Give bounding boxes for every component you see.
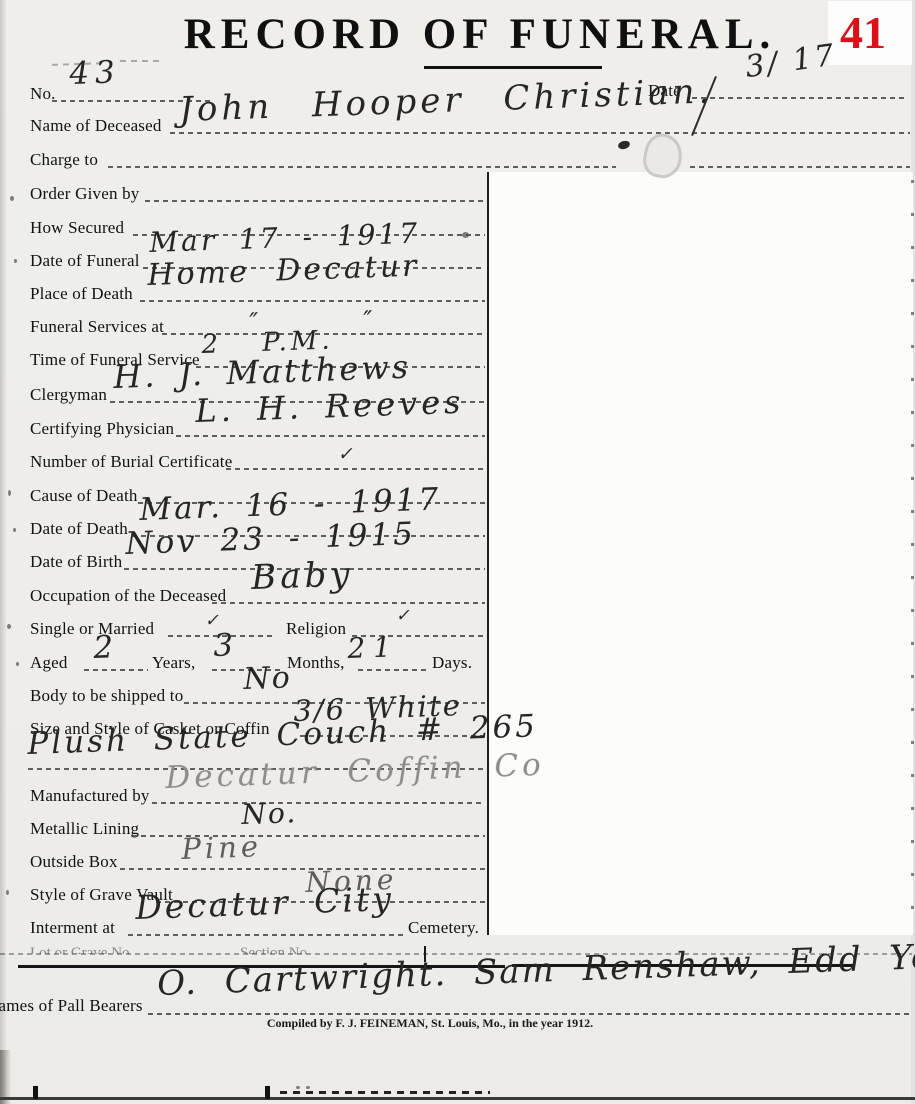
dotted-line	[692, 97, 908, 99]
dotted-line	[212, 602, 485, 604]
scan-speck	[296, 1086, 300, 1089]
dotted-line	[690, 166, 910, 168]
funeral-record-page: RECORD OF FUNERAL. 41 No. 43 Date 3/ 17 …	[0, 0, 915, 1104]
scan-speck	[462, 232, 469, 238]
field-label-body-to-be-shipped-to: Body to be shipped to	[30, 686, 183, 706]
title-underline	[424, 66, 602, 69]
stray-mark	[120, 60, 164, 62]
field-value-religion: ✓	[395, 606, 410, 626]
dotted-line	[120, 868, 485, 870]
scan-speck	[16, 662, 19, 666]
field-label-interment-at: Interment at	[30, 918, 115, 938]
page-title: RECORD OF FUNERAL.	[150, 10, 810, 59]
field-value-no: 43	[69, 54, 122, 92]
field-label-occupation: Occupation of the Deceased	[30, 586, 226, 606]
field-value-body-to-be-shipped-to: No	[243, 660, 293, 697]
scan-speck	[306, 1086, 310, 1089]
field-label-clergyman: Clergyman	[30, 385, 107, 405]
field-label-religion: Religion	[286, 619, 346, 639]
scan-speck	[13, 528, 16, 532]
field-label-name-of-deceased: Name of Deceased	[30, 116, 162, 136]
field-label-certifying-physician: Certifying Physician	[30, 419, 174, 439]
blank-mask-region	[487, 172, 913, 935]
field-value-pall-bearers: O. Cartwright. Sam Renshaw, Edd Young H.…	[157, 927, 915, 1004]
dotted-line	[145, 200, 485, 202]
scan-tick	[265, 1086, 270, 1099]
dotted-line	[152, 802, 485, 804]
field-value-number-of-burial-certificate: ✓	[337, 443, 353, 465]
field-label-number-of-burial-certificate: Number of Burial Certificate	[30, 452, 232, 472]
scan-speck	[8, 490, 11, 496]
field-label-funeral-services-at: Funeral Services at	[30, 317, 164, 337]
dotted-line	[176, 435, 485, 437]
dotted-line	[148, 1013, 912, 1015]
field-label-outside-box: Outside Box	[30, 852, 118, 872]
field-value-interment-at: Decatur City	[135, 879, 395, 927]
ditto-mark: ″	[363, 306, 373, 334]
field-label-cemetery: Cemetery.	[408, 918, 479, 938]
field-value-metallic-lining: No.	[241, 796, 298, 831]
right-edge-dash-remnants	[911, 180, 914, 935]
field-value-aged-days: 21	[347, 630, 400, 665]
field-value-aged-months: 3	[213, 627, 234, 664]
field-label-metallic-lining: Metallic Lining	[30, 819, 139, 839]
dotted-line	[358, 669, 426, 671]
field-value-aged-years: 2	[93, 629, 114, 666]
scan-speck	[7, 624, 11, 629]
field-label-date-of-birth: Date of Birth	[30, 552, 122, 572]
bottom-scan-line	[0, 1097, 915, 1100]
dotted-line	[226, 468, 485, 470]
field-value-certifying-physician: L. H. Reeves	[195, 383, 465, 430]
field-label-months: Months,	[287, 653, 345, 673]
printer-imprint: Compiled by F. J. FEINEMAN, St. Louis, M…	[240, 1016, 620, 1031]
dotted-line	[108, 166, 616, 168]
field-label-date-of-death: Date of Death	[30, 519, 128, 539]
scan-dashes	[280, 1091, 490, 1094]
field-label-how-secured: How Secured	[30, 218, 124, 238]
dotted-line	[84, 669, 148, 671]
field-label-place-of-death: Place of Death	[30, 284, 133, 304]
scan-smudge	[0, 1050, 11, 1104]
ink-blot	[617, 140, 631, 151]
dotted-line	[128, 934, 404, 936]
scan-tick	[33, 1086, 38, 1099]
field-value-name-of-deceased: John Hooper Christian.	[179, 71, 714, 130]
dotted-line	[170, 132, 910, 134]
scan-speck	[14, 259, 17, 263]
scan-speck	[10, 196, 14, 201]
field-label-aged: Aged	[30, 653, 68, 673]
field-label-days: Days.	[432, 653, 472, 673]
field-label-cause-of-death: Cause of Death	[30, 486, 138, 506]
field-label-date-of-funeral: Date of Funeral	[30, 251, 140, 271]
dotted-line	[140, 300, 485, 302]
field-value-occupation: Baby	[251, 554, 355, 598]
field-label-pall-bearers: Names of Pall Bearers	[0, 996, 143, 1016]
field-value-outside-box: Pine	[181, 829, 263, 866]
scan-speck	[6, 890, 9, 895]
field-label-manufactured-by: Manufactured by	[30, 786, 150, 806]
page-number: 41	[840, 6, 886, 59]
field-label-years: Years,	[152, 653, 195, 673]
left-page-edge-shadow	[0, 0, 7, 1104]
field-label-charge-to: Charge to	[30, 150, 98, 170]
field-label-order-given-by: Order Given by	[30, 184, 140, 204]
